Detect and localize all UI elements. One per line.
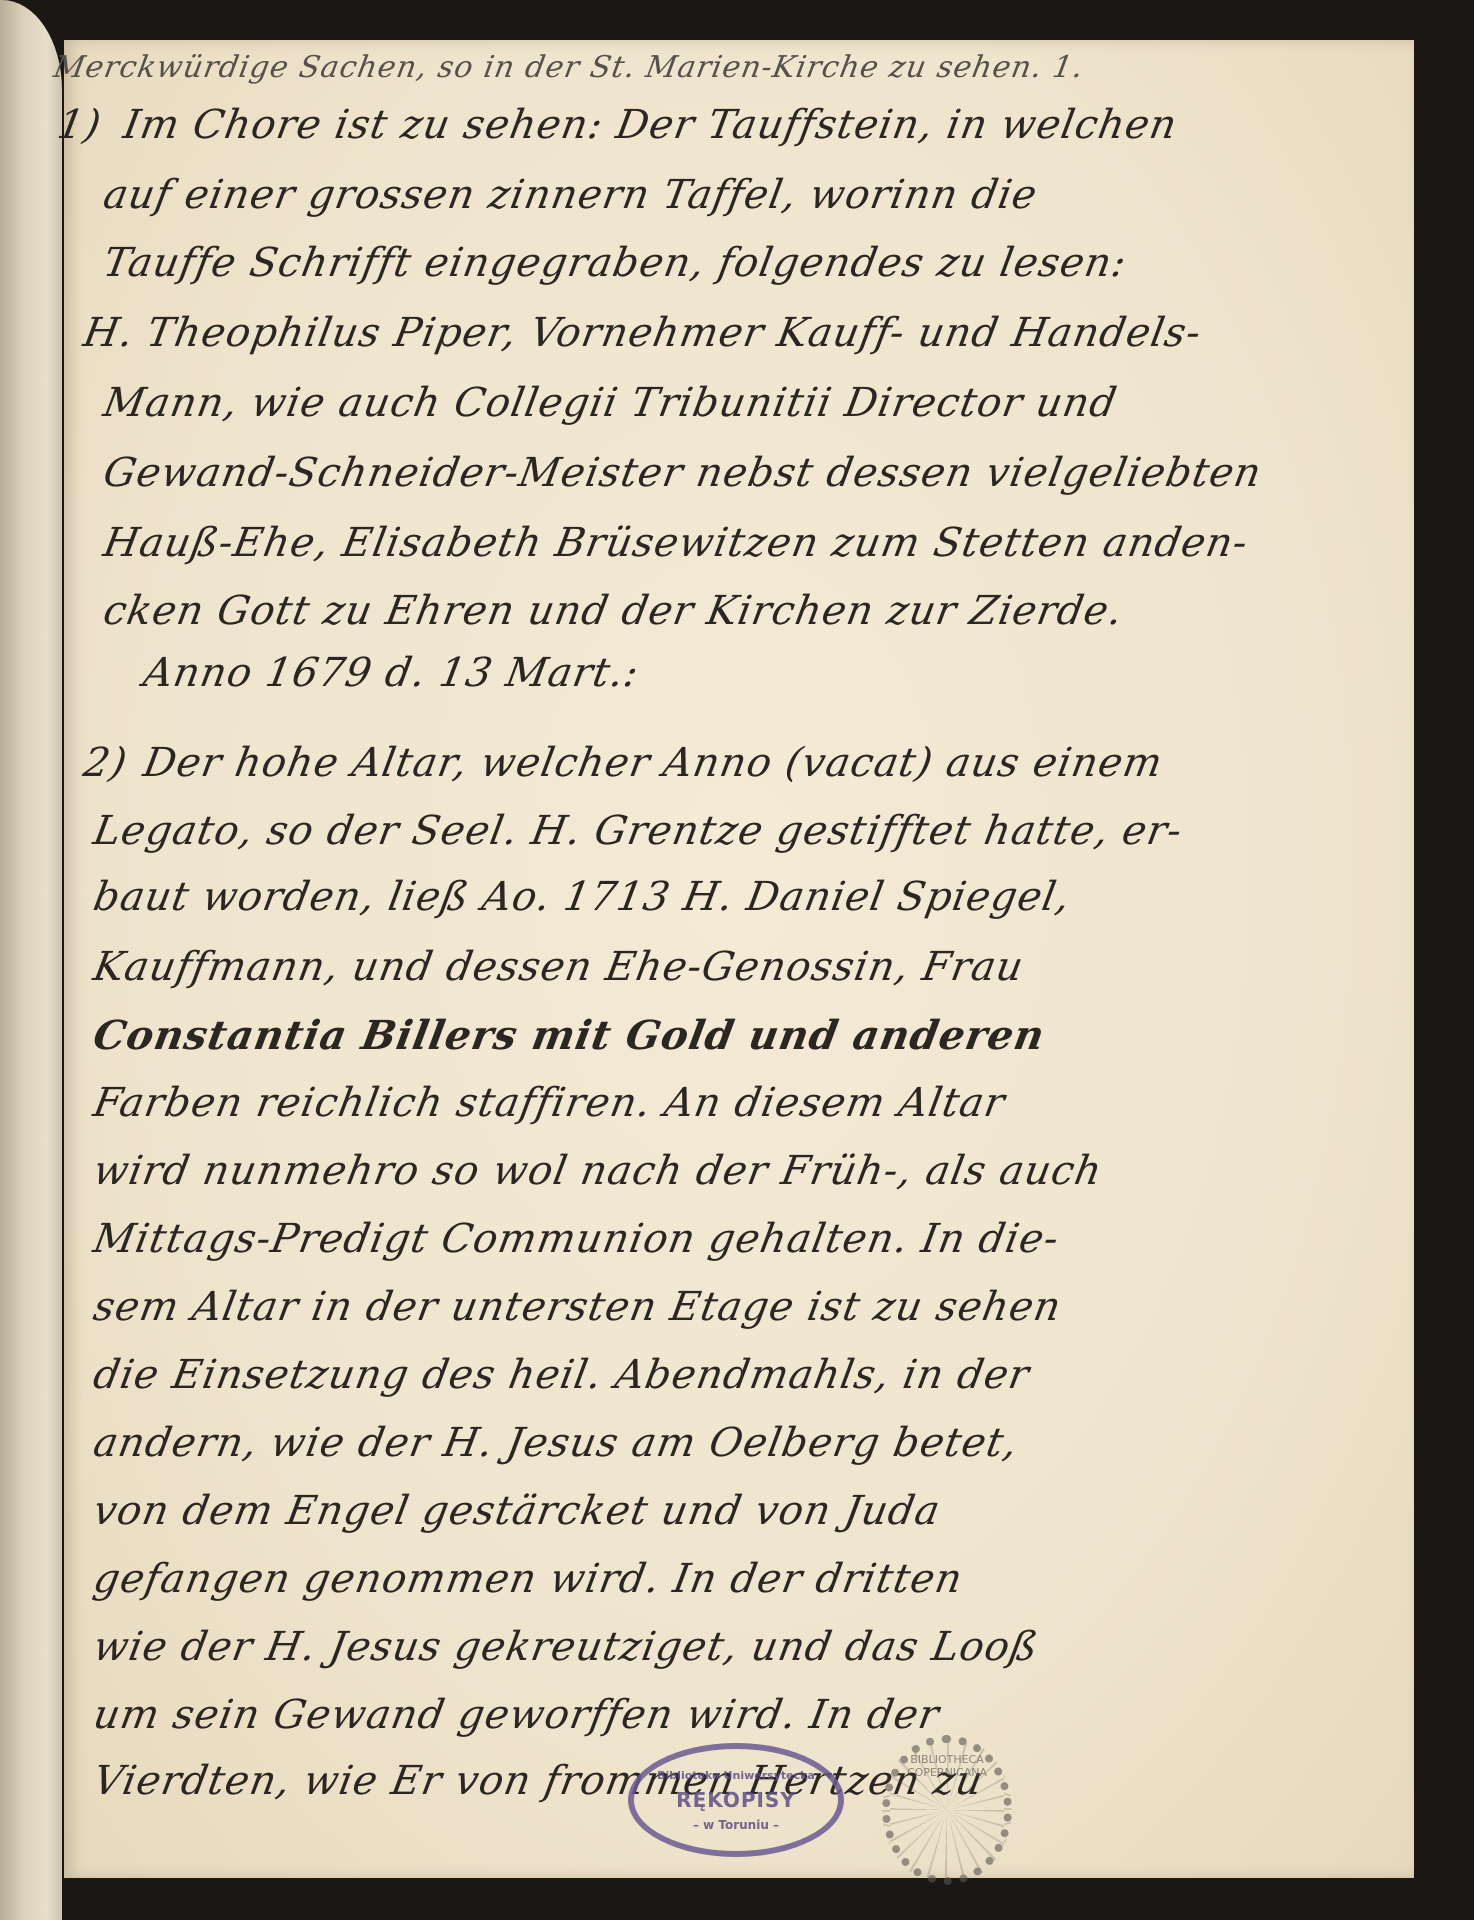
- text-line: von dem Engel gestärcket und von Juda: [90, 1488, 944, 1534]
- text-line: Constantia Billers mit Gold und anderen: [90, 1012, 1049, 1059]
- seal-text: BIBLIOTHECA COPERNICANA: [890, 1753, 1004, 1779]
- text-line: gefangen genommen wird. In der dritten: [90, 1556, 966, 1602]
- text-line: andern, wie der H. Jesus am Oelberg bete…: [90, 1420, 1022, 1466]
- text-line: H. Theophilus Piper, Vornehmer Kauff- un…: [80, 310, 1205, 356]
- text-line: um sein Gewand geworffen wird. In der: [90, 1692, 943, 1738]
- stamp-line-3: – w Toruniu –: [634, 1818, 838, 1832]
- text-line: Hauß-Ehe, Elisabeth Brüsewitzen zum Stet…: [100, 520, 1252, 566]
- library-stamp: Biblioteka Uniwersytecka RĘKOPISY – w To…: [628, 1743, 844, 1857]
- text-line: Vierdten, wie Er von frommen Hertzen zu: [90, 1758, 987, 1804]
- text-line: Farben reichlich staffiren. An diesem Al…: [90, 1080, 1009, 1126]
- date-line: Anno 1679 d. 13 Mart.:: [140, 650, 643, 696]
- text-line: sem Altar in der untersten Etage ist zu …: [90, 1284, 1065, 1330]
- manuscript-page: Merckwürdige Sachen, so in der St. Marie…: [64, 40, 1414, 1878]
- text-line: Der hohe Altar, welcher Anno (vacat) aus…: [140, 740, 1166, 786]
- text-line: auf einer grossen zinnern Taffel, worinn…: [100, 172, 1041, 218]
- stamp-line-1: Biblioteka Uniwersytecka: [634, 1769, 838, 1782]
- round-seal-stamp: BIBLIOTHECA COPERNICANA: [882, 1735, 1012, 1885]
- text-line: die Einsetzung des heil. Abendmahls, in …: [90, 1352, 1033, 1398]
- text-line: Im Chore ist zu sehen: Der Tauffstein, i…: [120, 102, 1181, 148]
- text-line: wie der H. Jesus gekreutziget, und das L…: [90, 1624, 1042, 1670]
- text-line: wird nunmehro so wol nach der Früh-, als…: [90, 1148, 1106, 1194]
- text-line: Kauffmann, und dessen Ehe-Genossin, Frau: [90, 944, 1027, 990]
- text-line: Legato, so der Seel. H. Grentze gestifft…: [90, 808, 1186, 854]
- stamp-line-2: RĘKOPISY: [634, 1788, 838, 1812]
- header-line: Merckwürdige Sachen, so in der St. Marie…: [51, 50, 1087, 85]
- text-line: Mann, wie auch Collegii Tribunitii Direc…: [100, 380, 1121, 426]
- section-number-2: 2): [80, 740, 131, 786]
- text-line: Tauffe Schrifft eingegraben, folgendes z…: [100, 240, 1130, 286]
- section-number-1: 1): [54, 102, 105, 148]
- facing-page-edge: [0, 0, 62, 1920]
- text-line: cken Gott zu Ehren und der Kirchen zur Z…: [100, 588, 1127, 634]
- text-line: Gewand-Schneider-Meister nebst dessen vi…: [100, 450, 1265, 496]
- text-line: baut worden, ließ Ao. 1713 H. Daniel Spi…: [90, 874, 1074, 920]
- text-line: Mittags-Predigt Communion gehalten. In d…: [90, 1216, 1063, 1262]
